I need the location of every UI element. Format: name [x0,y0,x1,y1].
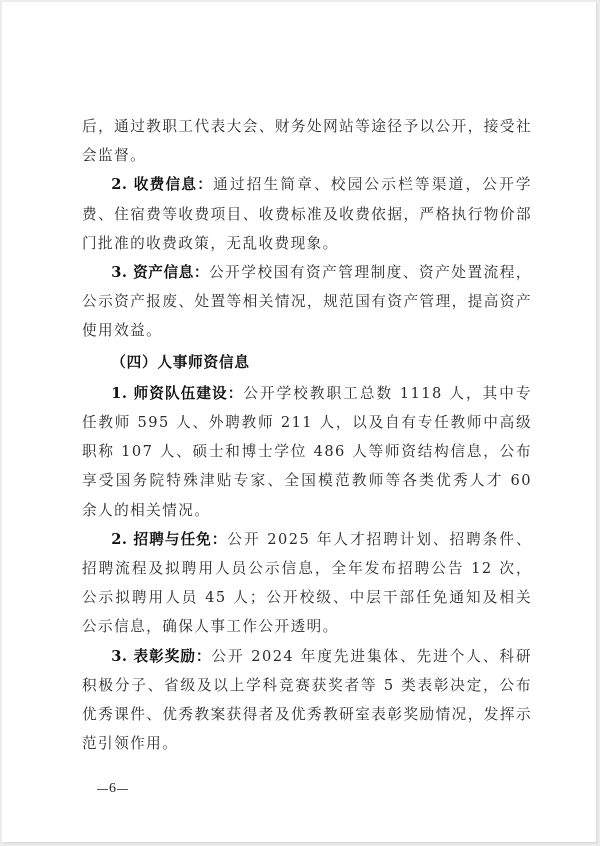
paragraph-lead: 2. 收费信息： [111,176,213,193]
paragraph-text: 后，通过教职工代表大会、财务处网站等途径予以公开，接受社会监督。 [82,118,532,164]
document-body: 后，通过教职工代表大会、财务处网站等途径予以公开，接受社会监督。 2. 收费信息… [82,112,532,758]
paragraph-continuation: 后，通过教职工代表大会、财务处网站等途径予以公开，接受社会监督。 [82,112,532,170]
footer-dash-left [97,789,108,790]
footer-dash-right [117,789,128,790]
document-page: 后，通过教职工代表大会、财务处网站等途径予以公开，接受社会监督。 2. 收费信息… [2,2,596,842]
page-footer: 6 [96,781,129,797]
paragraph-lead: 1. 师资队伍建设： [111,385,243,402]
section-heading: （四）人事师资信息 [82,346,532,379]
paragraph-lead: 3. 资产信息： [111,264,209,281]
page-number: 6 [109,781,116,797]
paragraph-lead: 3. 表彰奖励： [111,648,211,665]
paragraph-text: 公开学校教职工总数 1118 人，其中专任教师 595 人、外聘教师 211 人… [82,385,532,519]
paragraph-fee-info: 2. 收费信息：通过招生简章、校园公示栏等渠道，公开学费、住宿费等收费项目、收费… [82,170,532,258]
paragraph-awards: 3. 表彰奖励：公开 2024 年度先进集体、先进个人、科研积极分子、省级及以上… [82,642,532,759]
paragraph-recruitment: 2. 招聘与任免：公开 2025 年人才招聘计划、招聘条件、招聘流程及拟聘用人员… [82,525,532,642]
paragraph-faculty: 1. 师资队伍建设：公开学校教职工总数 1118 人，其中专任教师 595 人、… [82,379,532,525]
paragraph-lead: 2. 招聘与任免： [111,531,227,548]
paragraph-asset-info: 3. 资产信息：公开学校国有资产管理制度、资产处置流程，公示资产报废、处置等相关… [82,258,532,346]
